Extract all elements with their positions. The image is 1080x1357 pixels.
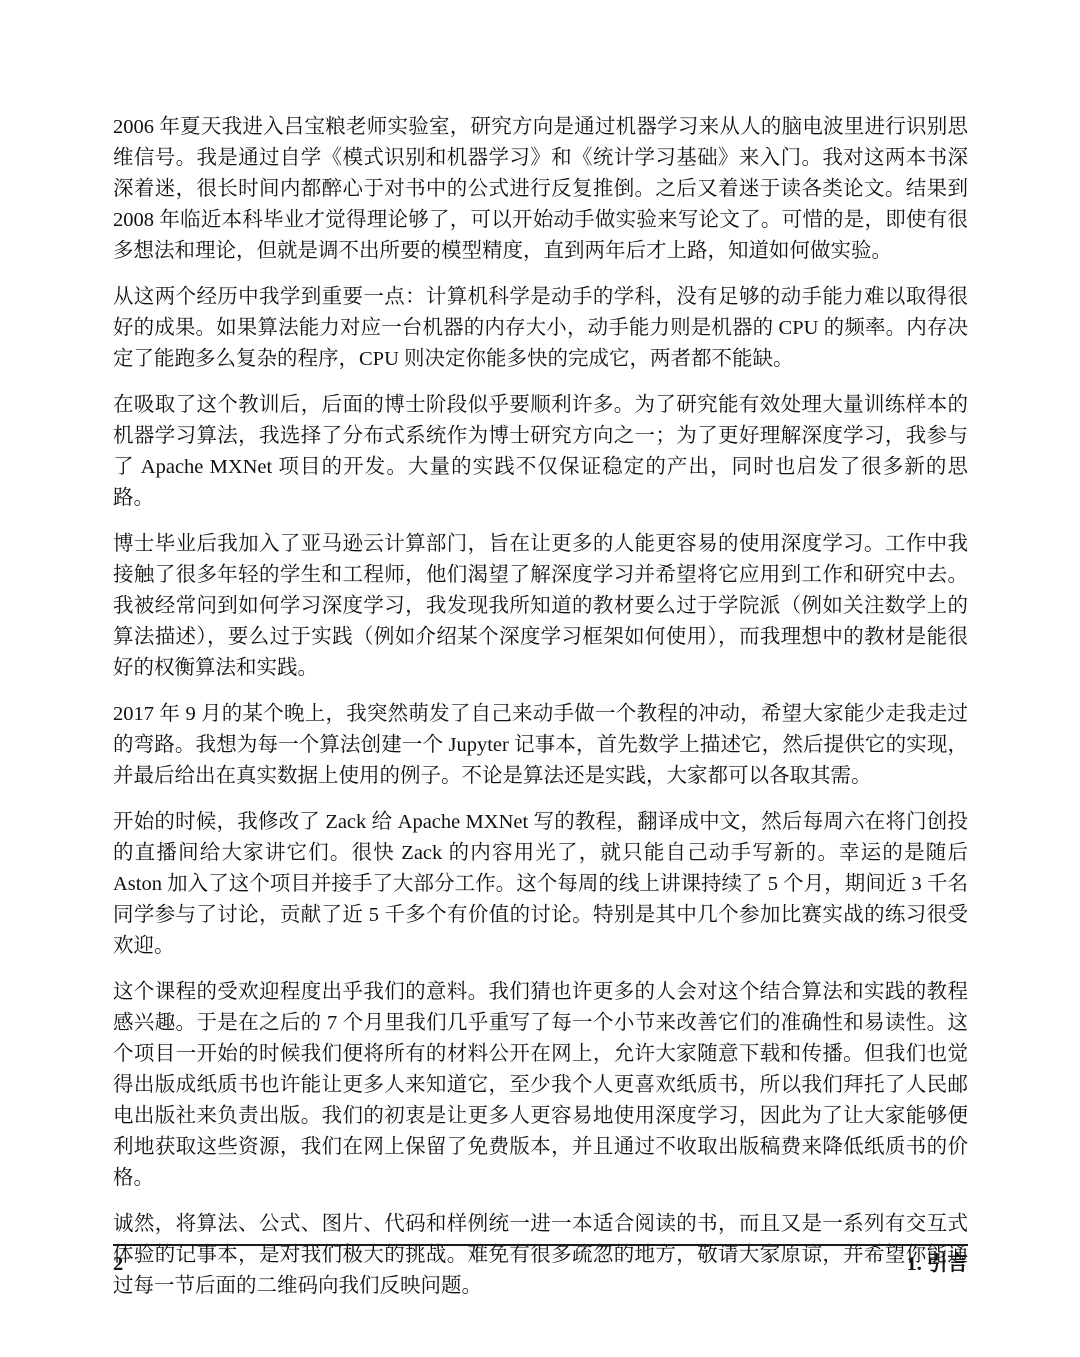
body-paragraph: 2017 年 9 月的某个晚上，我突然萌发了自己来动手做一个教程的冲动，希望大家… <box>113 699 968 792</box>
page-content: 2006 年夏天我进入吕宝粮老师实验室，研究方向是通过机器学习来从人的脑电波里进… <box>113 112 968 1302</box>
body-paragraph: 2006 年夏天我进入吕宝粮老师实验室，研究方向是通过机器学习来从人的脑电波里进… <box>113 112 968 267</box>
body-paragraph: 博士毕业后我加入了亚马逊云计算部门，旨在让更多的人能更容易的使用深度学习。工作中… <box>113 529 968 684</box>
body-paragraph: 开始的时候，我修改了 Zack 给 Apache MXNet 写的教程，翻译成中… <box>113 807 968 962</box>
body-paragraph: 这个课程的受欢迎程度出乎我们的意料。我们猜也许更多的人会对这个结合算法和实践的教… <box>113 977 968 1194</box>
footer-section-title: 1. 引言 <box>907 1252 969 1276</box>
body-paragraph: 从这两个经历中我学到重要一点：计算机科学是动手的学科，没有足够的动手能力难以取得… <box>113 282 968 375</box>
page-footer: 2 1. 引言 <box>113 1244 968 1276</box>
footer-page-number: 2 <box>113 1252 123 1276</box>
footer-rule <box>113 1244 968 1246</box>
footer-row: 2 1. 引言 <box>113 1252 968 1276</box>
body-paragraph: 在吸取了这个教训后，后面的博士阶段似乎要顺利许多。为了研究能有效处理大量训练样本… <box>113 390 968 514</box>
